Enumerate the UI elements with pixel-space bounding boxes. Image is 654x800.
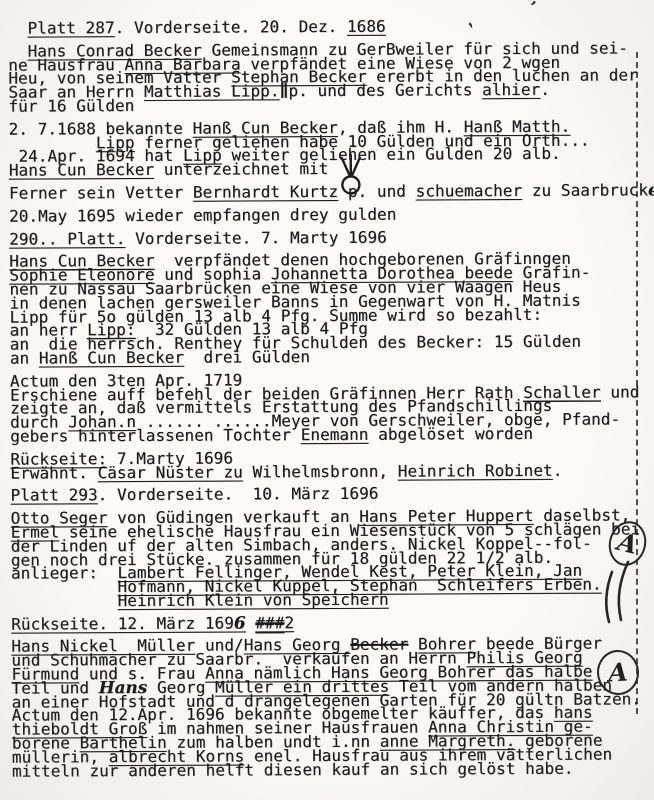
doc-line: Erwähnt. Cäsar Nüster zu Wilhelmsbronn, … (10, 463, 646, 480)
doc-text-u: 290.. Platt. (9, 229, 125, 249)
doc-text: mitteln zur anderen helft diesen kauf an… (12, 758, 574, 780)
doc-line: Ferner sein Vetter Bernhardt Kurtz p. un… (9, 183, 645, 200)
doc-text-u: Hanß Cun Becker (39, 348, 184, 368)
entry-vetter-note: Ferner sein Vetter Bernhardt Kurtz p. un… (9, 183, 645, 200)
doc-line: Rückseite. 12. März 1696 ###2 (11, 614, 647, 631)
doc-text-h: en (648, 179, 654, 199)
doc-text: unterzeichnet mit (154, 159, 338, 179)
doc-text (11, 591, 118, 611)
doc-text: Erwähnt. (10, 463, 97, 482)
doc-text: . (540, 80, 550, 99)
doc-text (8, 19, 27, 38)
entry-actum-1719: Actum den 3ten Apr. 1719Erschiene auff b… (10, 371, 646, 443)
doc-text: Vorderseite. 7. Marty 1696 (125, 227, 387, 247)
document-scan: { "page": { "background": "#fbfaf6", "in… (0, 0, 654, 800)
doc-text: Ferner sein Vetter (9, 183, 193, 203)
doc-text-u: 2 (284, 613, 294, 632)
doc-text-u: Bernhardt Kurtz (193, 182, 338, 202)
doc-text: abgelöset worden (368, 424, 533, 444)
doc-text-u: alhier (482, 80, 540, 99)
doc-text-u: 1686 (347, 17, 386, 36)
stray-pen-mark: ’ (526, 0, 538, 18)
doc-line: Platt 287. Vorderseite. 20. Dez. 1686 (8, 18, 644, 35)
doc-text: . Vorderseite. 10. März 1696 (98, 484, 379, 504)
entry-rueckseite-1696: Rückseite: 7.Marty 1696Erwähnt. Cäsar Nü… (10, 449, 646, 480)
doc-text (246, 613, 256, 632)
doc-text-us: ### (255, 613, 284, 632)
doc-text: 20.May 1695 wieder empfangen drey gulden (9, 204, 396, 225)
doc-text-u: Rückseite. 12. März 169 (11, 613, 234, 633)
doc-text-u: Hans Cun Becker (9, 160, 154, 180)
doc-text: p. und des Gerichts (288, 80, 482, 100)
doc-text: drei Gülden (184, 347, 310, 367)
doc-text: Wilhelmsbronn, (243, 461, 398, 481)
signature-house-mark-icon (338, 162, 364, 174)
doc-text-u: Heinrich Klein von Speichern (118, 590, 389, 610)
margin-annotation-double-stroke-icon (594, 558, 640, 630)
entry-rueckseite-12-maerz-body: Hans Nickel Müller und/Hans Georg Becker… (11, 637, 648, 778)
entry-platt-287-addenda: 2. 7.1688 bekannte Hanß Cun Becker, daß … (9, 119, 645, 178)
doc-text-h: ∥ (279, 80, 288, 100)
doc-text: für 16 Gülden (8, 96, 134, 116)
doc-text-u: Enemann (301, 425, 369, 444)
doc-text-u: Platt 293 (10, 486, 97, 505)
doc-text-u: schuemacher (416, 181, 523, 201)
entry-platt-293-body: Otto Seger von Güdingen verkauft an Hans… (11, 508, 647, 608)
entry-platt-290-heading: 290.. Platt. Vorderseite. 7. Marty 1696 (9, 229, 645, 246)
doc-line: 290.. Platt. Vorderseite. 7. Marty 1696 (9, 229, 645, 246)
document-text: Platt 287. Vorderseite. 20. Dez. 1686 Ha… (8, 18, 648, 778)
entry-platt-290-body: Hans Cun Becker verpfändet denen hochgeb… (9, 252, 646, 366)
doc-text: zu Saarbruck (522, 180, 648, 200)
doc-text-uh: 6 (234, 612, 246, 632)
doc-line: mitteln zur anderen helft diesen kauf an… (12, 761, 648, 778)
entry-platt-293-heading: Platt 293. Vorderseite. 10. März 1696 (10, 486, 646, 503)
entry-rueckseite-12-maerz-heading: Rückseite. 12. März 1696 ###2 (11, 614, 647, 631)
doc-text: . Vorderseite. 20. Dez. (115, 17, 347, 37)
doc-text-u: Heinrich Robinet (398, 460, 553, 480)
doc-line: Platt 293. Vorderseite. 10. März 1696 (10, 486, 646, 503)
entry-platt-287-body: Hans Conrad Becker Gemeinsmann zu GerBwe… (8, 41, 644, 113)
doc-text: gebers hinterlassenen Tochter (10, 425, 301, 446)
doc-text-u: Cäsar Nüster zu (97, 462, 242, 482)
doc-text: . (553, 460, 563, 479)
doc-line: 20.May 1695 wieder empfangen drey gulden (9, 206, 645, 223)
entry-1695-note: 20.May 1695 wieder empfangen drey gulden (9, 206, 645, 223)
doc-text: an (10, 348, 39, 367)
entry-platt-287-heading: Platt 287. Vorderseite. 20. Dez. 1686 (8, 18, 644, 35)
doc-text-u: Platt 287 (27, 18, 114, 37)
doc-text: und (601, 382, 640, 401)
doc-text-u: Matthias Lipp. (144, 81, 280, 101)
